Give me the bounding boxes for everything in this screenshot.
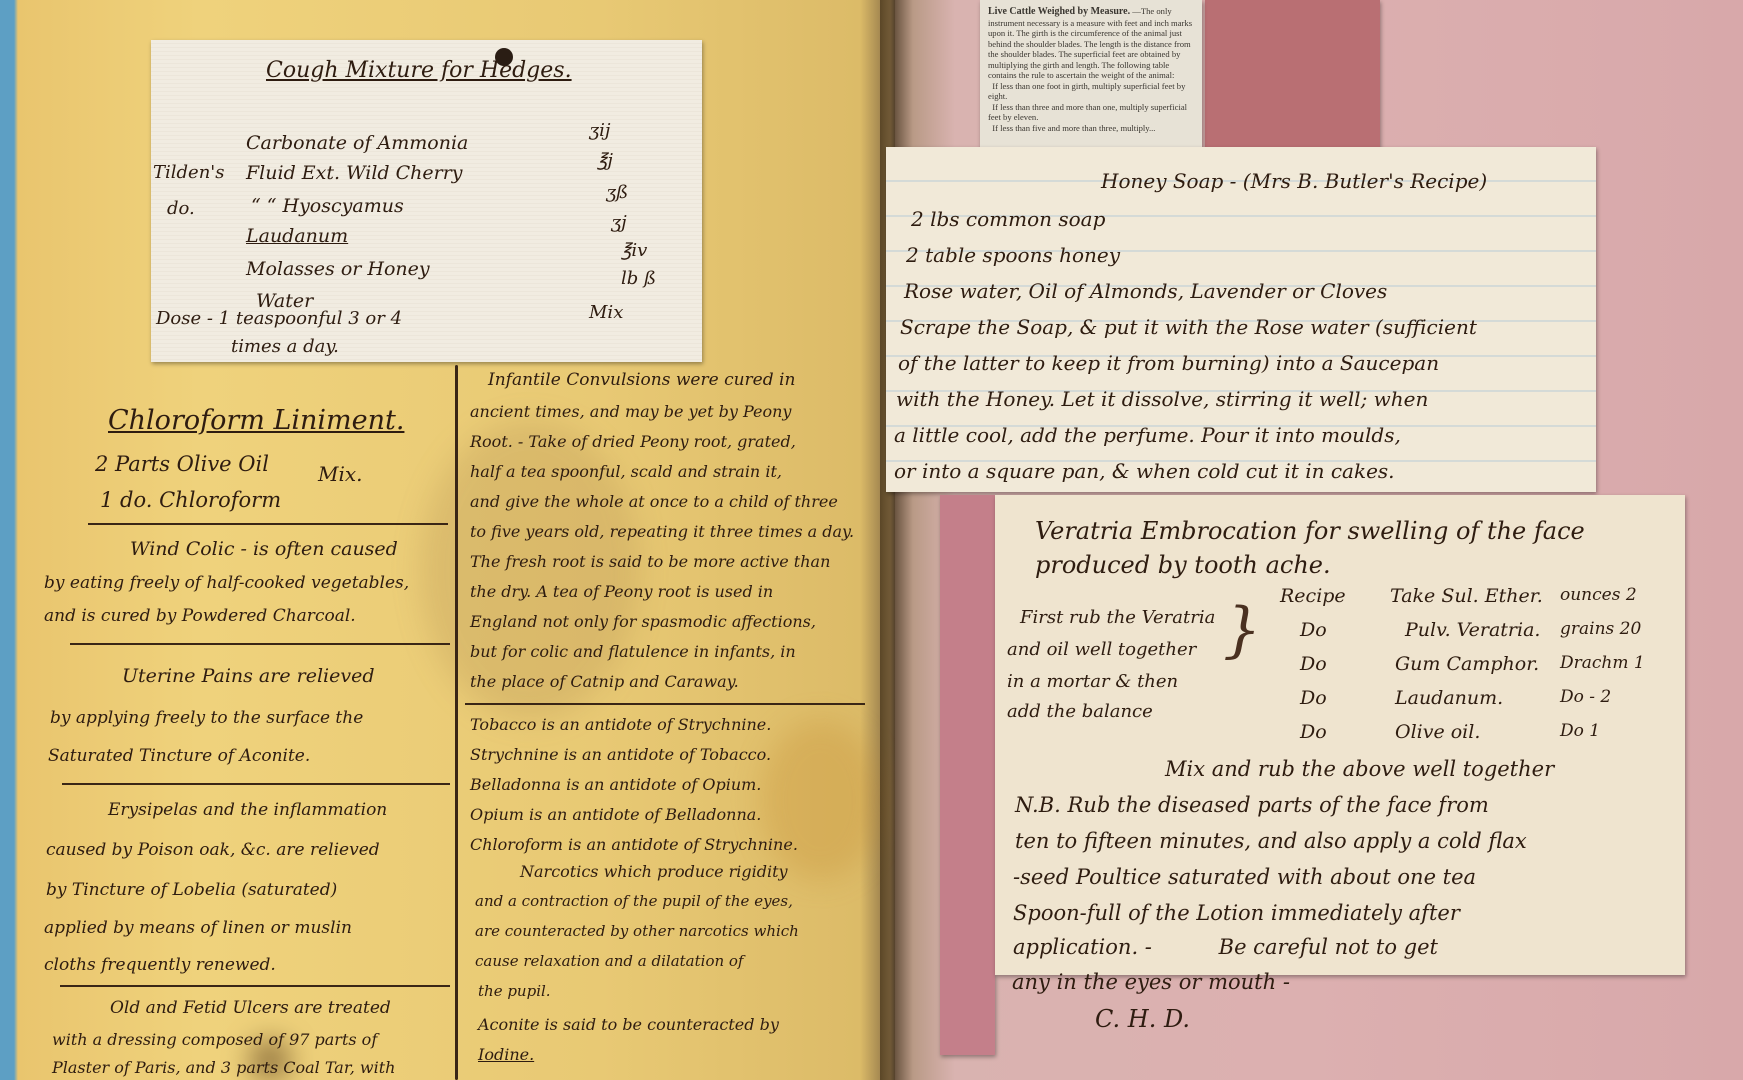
dose-line: Dose - 1 teaspoonful 3 or 4: [156, 308, 402, 329]
recipe-qty: ounces 2: [1560, 585, 1637, 605]
erysipelas-line: Erysipelas and the inflammation: [108, 800, 387, 820]
quantity: lb ß: [621, 268, 656, 289]
erysipelas-line: caused by Poison oak, &c. are relieved: [46, 840, 380, 860]
convulsions-line: The fresh root is said to be more active…: [470, 552, 830, 571]
recipe-prefix: Do: [1300, 653, 1327, 675]
cough-title: Cough Mixture for Hedges.: [266, 58, 572, 83]
veratria-body: Spoon-full of the Lotion immediately aft…: [1013, 901, 1460, 925]
honey-line: Scrape the Soap, & put it with the Rose …: [900, 315, 1477, 339]
honey-line: 2 lbs common soap: [911, 207, 1105, 231]
convulsions-line: to five years old, repeating it three ti…: [470, 522, 854, 541]
antidote-line: Tobacco is an antidote of Strychnine.: [470, 715, 771, 734]
antidote-line: Chloroform is an antidote of Strychnine.: [470, 835, 798, 854]
recipe-item: Olive oil.: [1395, 721, 1480, 743]
ulcers-line: Old and Fetid Ulcers are treated: [110, 998, 391, 1018]
ulcers-line: Plaster of Paris, and 3 parts Coal Tar, …: [52, 1058, 395, 1077]
honey-line: with the Honey. Let it dissolve, stirrin…: [896, 387, 1428, 411]
side-note: and oil well together: [1007, 639, 1196, 660]
side-note: add the balance: [1007, 701, 1153, 722]
erysipelas-line: cloths frequently renewed.: [44, 955, 276, 975]
antidote-line: Belladonna is an antidote of Opium.: [470, 775, 761, 794]
brace-arrow: }: [1223, 595, 1261, 665]
quantity: ℥j: [597, 150, 613, 171]
convulsions-line: the dry. A tea of Peony root is used in: [470, 582, 773, 601]
honey-line: a little cool, add the perfume. Pour it …: [894, 423, 1401, 447]
veratria-body: any in the eyes or mouth -: [1012, 970, 1290, 994]
convulsions-line: and give the whole at once to a child of…: [470, 492, 838, 511]
narcotics-line: cause relaxation and a dilatation of: [475, 952, 743, 970]
veratria-title: produced by tooth ache.: [1035, 551, 1331, 579]
narcotics-line: the pupil.: [478, 982, 551, 1000]
signature: C. H. D.: [1095, 1005, 1190, 1033]
mix-label: Mix.: [318, 462, 363, 486]
convulsions-line: England not only for spasmodic affection…: [470, 612, 816, 631]
recipe-qty: Do - 2: [1560, 687, 1611, 707]
veratria-body: application. - Be careful not to get: [1013, 935, 1438, 959]
ulcers-line: with a dressing composed of 97 parts of: [52, 1030, 377, 1049]
cough-mixture-slip: Cough Mixture for Hedges. Tilden's do. C…: [151, 40, 702, 362]
recipe-line: 2 Parts Olive Oil: [95, 452, 269, 476]
erysipelas-line: applied by means of linen or muslin: [44, 918, 352, 938]
wind-colic-line: and is cured by Powdered Charcoal.: [44, 606, 356, 626]
news-rule: If less than three and more than one, mu…: [988, 102, 1187, 123]
margin-label: Tilden's: [153, 162, 224, 183]
uterine-line: Uterine Pains are relieved: [122, 665, 375, 687]
convulsions-line: the place of Catnip and Caraway.: [470, 672, 739, 691]
quantity: ʒß: [606, 182, 628, 203]
quantity: ℥iv: [621, 240, 647, 261]
ingredient: “ “ Hyoscyamus: [251, 195, 404, 217]
recipe-qty: Do 1: [1560, 721, 1600, 741]
recipe-item: Pulv. Veratria.: [1405, 619, 1540, 641]
recipe-qty: grains 20: [1560, 619, 1641, 639]
convulsions-line: half a tea spoonful, scald and strain it…: [470, 462, 782, 481]
news-rule: If less than one foot in girth, multiply…: [988, 81, 1185, 102]
antidote-line: Strychnine is an antidote of Tobacco.: [470, 745, 771, 764]
honey-line: Rose water, Oil of Almonds, Lavender or …: [904, 279, 1387, 303]
narcotics-line: Narcotics which produce rigidity: [520, 862, 788, 881]
honey-line: 2 table spoons honey: [906, 243, 1120, 267]
convulsions-line: Root. - Take of dried Peony root, grated…: [470, 432, 796, 451]
ingredient: Molasses or Honey: [246, 258, 430, 280]
veratria-body: N.B. Rub the diseased parts of the face …: [1015, 793, 1489, 817]
left-page: Cough Mixture for Hedges. Tilden's do. C…: [0, 0, 895, 1080]
recipe-prefix: Recipe: [1280, 585, 1346, 607]
aconite-line: Aconite is said to be counteracted by: [478, 1015, 779, 1034]
recipe-item: Laudanum.: [1395, 687, 1503, 709]
narcotics-line: are counteracted by other narcotics whic…: [475, 922, 799, 940]
erysipelas-line: by Tincture of Lobelia (saturated): [46, 880, 337, 900]
recipe-line: 1 do. Chloroform: [100, 488, 281, 512]
newspaper-clipping: Live Cattle Weighed by Measure. —The onl…: [980, 0, 1202, 148]
honey-soap-slip: Honey Soap - (Mrs B. Butler's Recipe) 2 …: [886, 147, 1596, 492]
mix-label: Mix: [589, 302, 623, 323]
ingredient: Carbonate of Ammonia: [246, 132, 468, 154]
uterine-line: Saturated Tincture of Aconite.: [48, 746, 310, 766]
ingredient: Laudanum: [246, 225, 348, 247]
convulsions-line: Infantile Convulsions were cured in: [488, 370, 795, 390]
side-note: First rub the Veratria: [1020, 607, 1215, 628]
honey-soap-title: Honey Soap - (Mrs B. Butler's Recipe): [1101, 169, 1487, 193]
news-rule: If less than five and more than three, m…: [992, 123, 1155, 133]
honey-line: of the latter to keep it from burning) i…: [898, 351, 1439, 375]
news-body: —The only instrument necessary is a meas…: [988, 6, 1192, 80]
quantity: ʒij: [589, 120, 611, 141]
pink-paper-strip: [940, 495, 995, 1055]
wind-colic-line: by eating freely of half-cooked vegetabl…: [44, 573, 409, 593]
dose-line: times a day.: [231, 336, 339, 357]
convulsions-line: ancient times, and may be yet by Peony: [470, 402, 791, 421]
veratria-body: Mix and rub the above well together: [1165, 757, 1554, 781]
convulsions-line: but for colic and flatulence in infants,…: [470, 642, 796, 661]
recipe-prefix: Do: [1300, 619, 1327, 641]
honey-line: or into a square pan, & when cold cut it…: [894, 459, 1395, 483]
narcotics-line: and a contraction of the pupil of the ey…: [475, 892, 793, 910]
margin-label: do.: [167, 198, 195, 219]
side-note: in a mortar & then: [1007, 671, 1178, 692]
quantity: ʒj: [611, 212, 627, 233]
pink-paper-fragment: [1205, 0, 1380, 160]
recipe-item: Gum Camphor.: [1395, 653, 1539, 675]
wind-colic-line: Wind Colic - is often caused: [130, 538, 398, 560]
recipe-prefix: Do: [1300, 721, 1327, 743]
chloroform-title: Chloroform Liniment.: [108, 405, 404, 436]
open-scrapbook: Cough Mixture for Hedges. Tilden's do. C…: [0, 0, 1743, 1080]
news-headline: Live Cattle Weighed by Measure.: [988, 6, 1130, 17]
ingredient: Fluid Ext. Wild Cherry: [246, 162, 463, 184]
recipe-prefix: Do: [1300, 687, 1327, 709]
recipe-item: Take Sul. Ether.: [1390, 585, 1543, 607]
uterine-line: by applying freely to the surface the: [50, 708, 363, 728]
veratria-title: Veratria Embrocation for swelling of the…: [1035, 517, 1585, 545]
column-divider: [455, 365, 458, 1080]
recipe-qty: Drachm 1: [1560, 653, 1645, 673]
veratria-body: -seed Poultice saturated with about one …: [1013, 865, 1476, 889]
aconite-line: Iodine.: [478, 1045, 534, 1064]
veratria-body: ten to fifteen minutes, and also apply a…: [1015, 829, 1527, 853]
veratria-embrocation-slip: Veratria Embrocation for swelling of the…: [995, 495, 1685, 975]
antidote-line: Opium is an antidote of Belladonna.: [470, 805, 761, 824]
